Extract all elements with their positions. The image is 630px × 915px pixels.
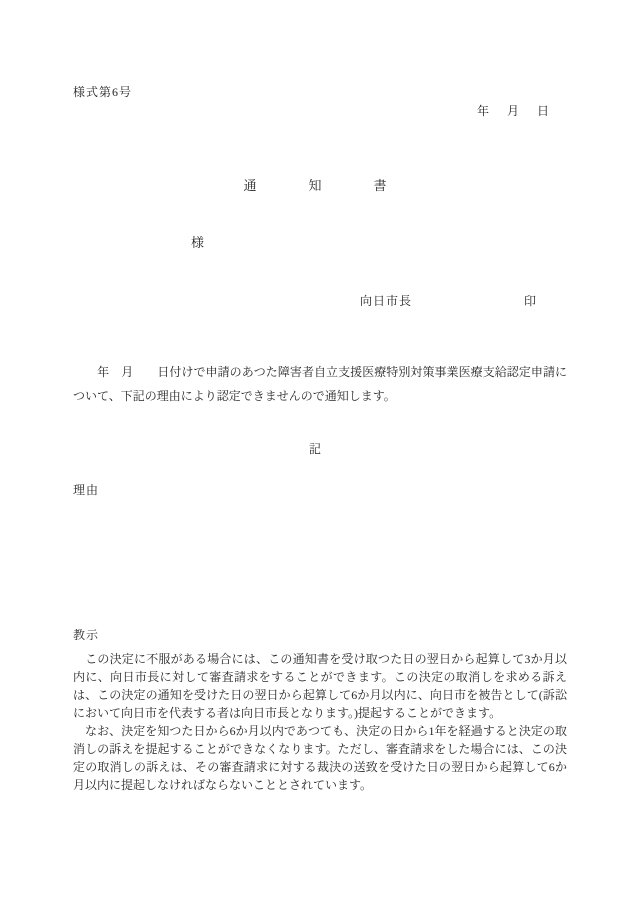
- seal-mark: 印: [524, 294, 536, 308]
- record-heading: 記: [0, 442, 630, 456]
- notice-document-page: 様式第6号 年 月 日 通 知 書 様 向日市長 印 年 月 日付けで申請のあつ…: [0, 0, 630, 915]
- form-number: 様式第6号: [73, 85, 132, 99]
- issuer-name: 向日市長: [360, 294, 412, 308]
- instruction-paragraph-2: なお、決定を知つた日から6か月以内であつても、決定の日から1年を経過すると決定の…: [73, 722, 567, 794]
- document-title: 通 知 書: [0, 178, 630, 194]
- instruction-body: この決定に不服がある場合には、この通知書を受け取つた日の翌日から起算して3か月以…: [73, 650, 567, 794]
- date-line: 年 月 日: [477, 104, 552, 118]
- addressee-honorific: 様: [191, 235, 204, 251]
- instruction-label: 教示: [73, 628, 99, 642]
- instruction-paragraph-1: この決定に不服がある場合には、この通知書を受け取つた日の翌日から起算して3か月以…: [73, 650, 567, 722]
- notification-body: 年 月 日付けで申請のあつた障害者自立支援医療特別対策事業医療支給認定申請につい…: [73, 360, 567, 408]
- reason-label: 理由: [73, 483, 99, 497]
